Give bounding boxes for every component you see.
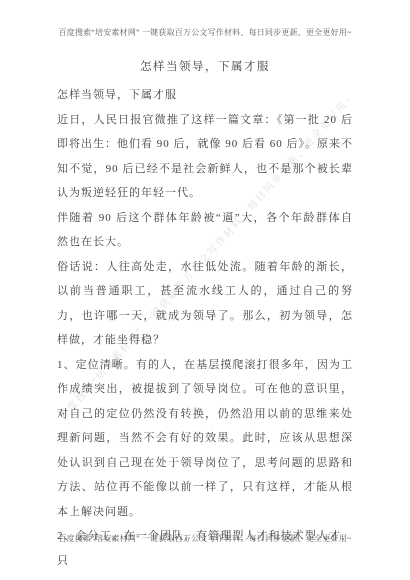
paragraph: 近日，人民日报官微推了这样一篇文章：《第一批 20 后即将出生：他们看 90 后… <box>57 108 353 206</box>
document-title: 怎样当领导，下属才服 <box>0 58 410 74</box>
paragraph: 俗话说：人往高处走，水往低处流。随着年龄的渐长，以前当普通职工，甚至流水线工人的… <box>57 255 353 353</box>
paragraph: 伴随着 90 后这个群体年龄被“逼”大，各个年龄群体自然也在长大。 <box>57 206 353 255</box>
paragraph: 1、定位清晰。有的人，在基层摸爬滚打很多年，因为工作成绩突出，被提拔到了领导岗位… <box>57 353 353 525</box>
document-page: 百度搜索“培安素材网” 一键获取百万公文写作材料、每日同步更新、更全更好用~ 百… <box>0 0 410 580</box>
footer-note: 百度搜索“培安素材网” 一键获取百万公文写作材料、每日同步更新、更全更好用~ <box>0 533 410 544</box>
paragraph: 2、会分工。在一个团队，有管理型人才和技术型人才，只 <box>57 524 353 573</box>
header-note: 百度搜索“培安素材网” 一键获取百万公文写作材料、每日同步更新、更全更好用~ <box>0 27 410 38</box>
document-body: 怎样当领导，下属才服近日，人民日报官微推了这样一篇文章：《第一批 20 后即将出… <box>57 83 353 573</box>
paragraph: 怎样当领导，下属才服 <box>57 83 353 108</box>
